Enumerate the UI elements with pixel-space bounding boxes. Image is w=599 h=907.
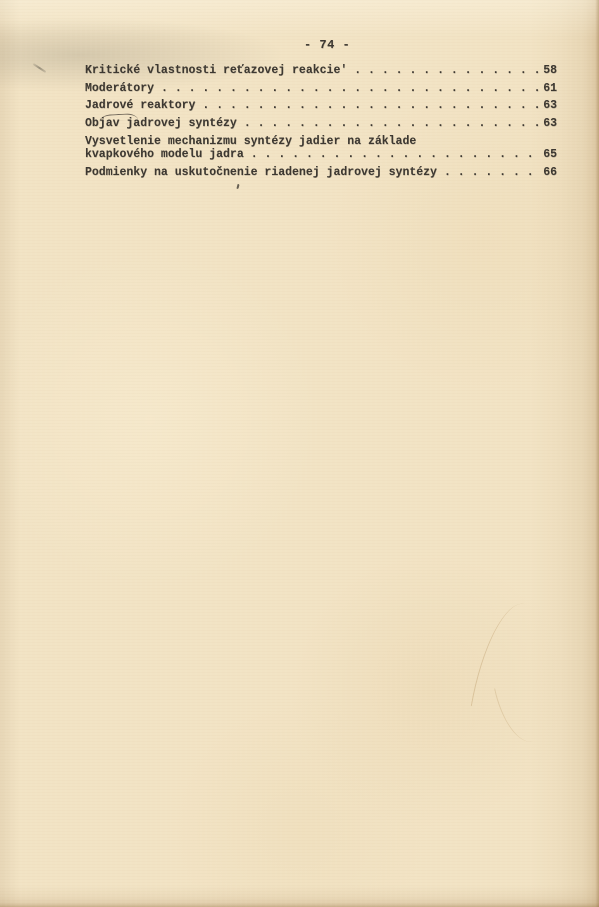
- toc-entry: Kritické vlastnosti reťazovej reakcie' .…: [85, 64, 557, 77]
- toc-entry: Moderátory . . . . . . . . . . . . . . .…: [85, 82, 557, 95]
- page-number-header: - 74 -: [304, 39, 350, 52]
- dot-leader: . . . . . . . . . . . . . . . . . . . . …: [244, 117, 541, 130]
- toc-entry-wrapped-line-1: Vysvetlenie mechanizmu syntézy jadier na…: [85, 135, 557, 148]
- toc-entry-page-number: 63: [541, 117, 557, 130]
- toc-entry: Objav jadrovej syntézy . . . . . . . . .…: [85, 117, 557, 130]
- pencil-tick-mark: [33, 63, 47, 73]
- toc-entry-title: Vysvetlenie mechanizmu syntézy jadier na…: [85, 135, 416, 148]
- toc-entry: Jadrové reaktory . . . . . . . . . . . .…: [85, 99, 557, 112]
- toc-entry-page-number: 66: [541, 166, 557, 179]
- paper-scratch: [494, 683, 533, 747]
- scanned-book-page: - 74 - Kritické vlastnosti reťazovej rea…: [0, 0, 599, 907]
- toc-entry-wrapped-line-2: kvapkového modelu jadra . . . . . . . . …: [85, 148, 557, 161]
- toc-entry-title: Podmienky na uskutočnenie riadenej jadro…: [85, 166, 437, 179]
- toc-entry-page-number: 63: [541, 99, 557, 112]
- toc-entry-page-number: 58: [541, 64, 557, 77]
- dot-leader: . . . . . . . . . . . . . . . . . . . . …: [202, 99, 541, 112]
- toc-entry: Podmienky na uskutočnenie riadenej jadro…: [85, 166, 557, 179]
- toc-entry-title: Jadrové reaktory: [85, 99, 195, 112]
- dot-leader: . . . . . . . . . . . . . . . . . . . . …: [251, 148, 541, 161]
- table-of-contents: Kritické vlastnosti reťazovej reakcie' .…: [85, 64, 557, 184]
- toc-entry-title: kvapkového modelu jadra: [85, 148, 244, 161]
- toc-entry-title: Kritické vlastnosti reťazovej reakcie': [85, 64, 347, 77]
- dot-leader: . . . . . . . . . . . . . . . . . . . . …: [161, 82, 541, 95]
- dot-leader: . . . . . . . . . . . . . . . .: [354, 64, 541, 77]
- ink-speck: [236, 184, 239, 189]
- toc-entry-title: Moderátory: [85, 82, 154, 95]
- toc-entry-page-number: 61: [541, 82, 557, 95]
- toc-entry-page-number: 65: [541, 148, 557, 161]
- page-bottom-edge: [0, 903, 599, 907]
- page-right-edge: [595, 0, 599, 907]
- dot-leader: . . . . . . . . .: [444, 166, 541, 179]
